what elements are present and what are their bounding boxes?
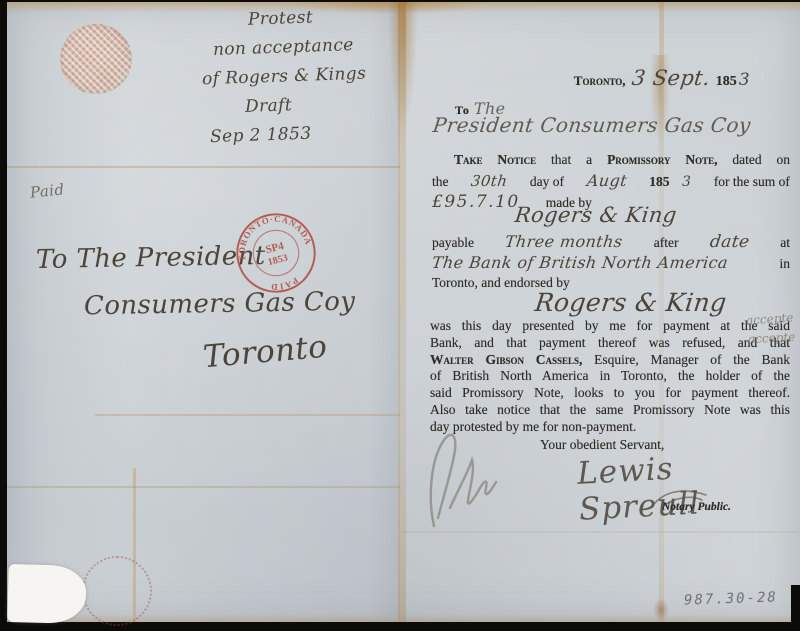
p1-year-script: 3 xyxy=(682,174,691,190)
pencil-scribble xyxy=(420,430,530,530)
notice-paragraph-2: was this day presented by me for payment… xyxy=(430,318,790,436)
p1-that-a: that a xyxy=(551,152,592,167)
addressee-script: President Consumers Gas Coy xyxy=(432,113,753,137)
p2-line: said Promissory Note, looks to you for p… xyxy=(430,385,790,402)
term-script: Three months xyxy=(504,232,624,251)
dateline: Toronto, 3 Sept. 185 3 xyxy=(540,66,750,90)
at-word: at xyxy=(780,235,790,251)
p2-line: Bank, and that payment thereof was refus… xyxy=(430,335,790,352)
scanned-document: Protest non acceptance of Rogers & Kings… xyxy=(0,0,800,631)
walter-cassels-name: Walter Gibson Cassels, xyxy=(430,352,582,367)
dateline-place: Toronto, xyxy=(574,73,626,89)
promissory-note-text: Promissory Note, xyxy=(607,152,717,167)
archive-number: 987.30-28 xyxy=(684,589,778,608)
payable-line-1: payable Three months after date at xyxy=(432,232,790,252)
embossed-wafer-seal xyxy=(60,24,132,94)
p1-dated-on: dated on xyxy=(732,152,790,167)
p1-day-of: day of xyxy=(530,174,564,190)
bank-name-script: The Bank of British North America xyxy=(431,253,729,272)
p2-l3b: Esquire, Manager of the Bank xyxy=(594,352,790,367)
p1-day-script: 30th xyxy=(470,172,509,190)
closing-line: Your obedient Servant, xyxy=(540,437,664,453)
dateline-day-month-script: 3 Sept. xyxy=(630,66,711,90)
p2-line: of British North America in Toronto, the… xyxy=(430,368,790,385)
notary-public-title: Notary Public. xyxy=(662,501,731,513)
torn-white-patch xyxy=(7,564,86,624)
payable-word: payable xyxy=(432,235,474,251)
p1-the: the xyxy=(432,174,449,190)
payable-line-2: The Bank of British North America in xyxy=(432,253,790,272)
p1-line-1: Take Notice that a Promissory Note, date… xyxy=(432,152,790,168)
after-word: after xyxy=(654,235,679,251)
p1-for-sum: for the sum of xyxy=(714,174,790,190)
maker-signature-script: Rogers & King xyxy=(514,203,679,227)
amount-script: £95.7.10 xyxy=(432,192,520,212)
p2-line: Walter Gibson Cassels, Esquire, Manager … xyxy=(430,352,790,369)
margin-pencil-note: accepte xyxy=(748,330,796,346)
endorser-signature-script: Rogers & King xyxy=(533,288,728,317)
p1-month-script: Augt xyxy=(585,171,627,190)
p2-line: Also take notice that the same Promissor… xyxy=(430,402,790,419)
date-word-script: date xyxy=(708,232,750,252)
p1-line-2: the 30th day of Augt 185 3 for the sum o… xyxy=(432,171,790,190)
dateline-year-printed: 185 xyxy=(716,74,737,90)
take-notice-text: Take Notice xyxy=(454,152,536,167)
payable-block: payable Three months after date at The B… xyxy=(432,232,790,291)
seal-remnant-ring xyxy=(82,556,152,626)
paid-note: Paid xyxy=(29,180,65,201)
p2-line: was this day presented by me for payment… xyxy=(430,318,790,335)
address-line-company: Consumers Gas Coy xyxy=(84,287,356,322)
dateline-year-script: 3 xyxy=(739,70,750,90)
docket-note: Protest non acceptance of Rogers & Kings… xyxy=(196,1,401,153)
p1-year-printed: 185 xyxy=(649,174,669,190)
in-word: in xyxy=(779,256,790,272)
